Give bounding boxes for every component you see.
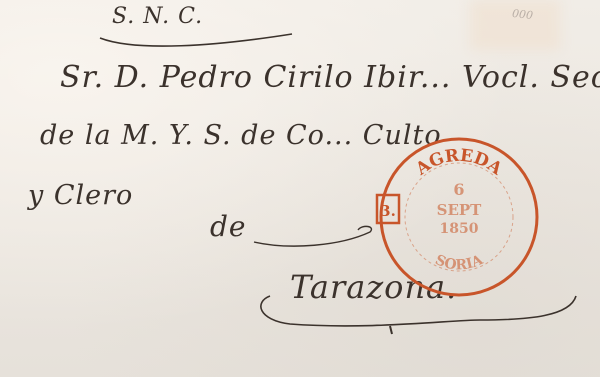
postmark-agreda: AGREDA SORIA 6 SEPT 1850 3. xyxy=(375,133,543,301)
flourish-de xyxy=(250,222,380,252)
address-line-de: de xyxy=(210,210,247,243)
letter-cover: 000 S. N. C. Sr. D. Pedro Cirilo Ibir...… xyxy=(0,0,600,377)
address-line-recipient: Sr. D. Pedro Cirilo Ibir... Vocl. Secr. xyxy=(60,60,600,95)
postmark-province: SORIA xyxy=(433,252,487,274)
postmark-month: SEPT xyxy=(437,201,483,219)
svg-text:AGREDA: AGREDA xyxy=(411,146,506,180)
address-line-salutation: S. N. C. xyxy=(112,4,203,29)
postmark-year: 1850 xyxy=(440,221,479,237)
flourish-underline-1 xyxy=(96,30,296,54)
svg-text:SORIA: SORIA xyxy=(433,252,487,274)
pencil-annotation: 000 xyxy=(511,7,533,22)
postmark-box-number: 3. xyxy=(380,202,396,220)
address-line-clergy: y Clero xyxy=(28,180,133,211)
postmark-day: 6 xyxy=(453,180,464,199)
postmark-town: AGREDA xyxy=(411,146,506,180)
